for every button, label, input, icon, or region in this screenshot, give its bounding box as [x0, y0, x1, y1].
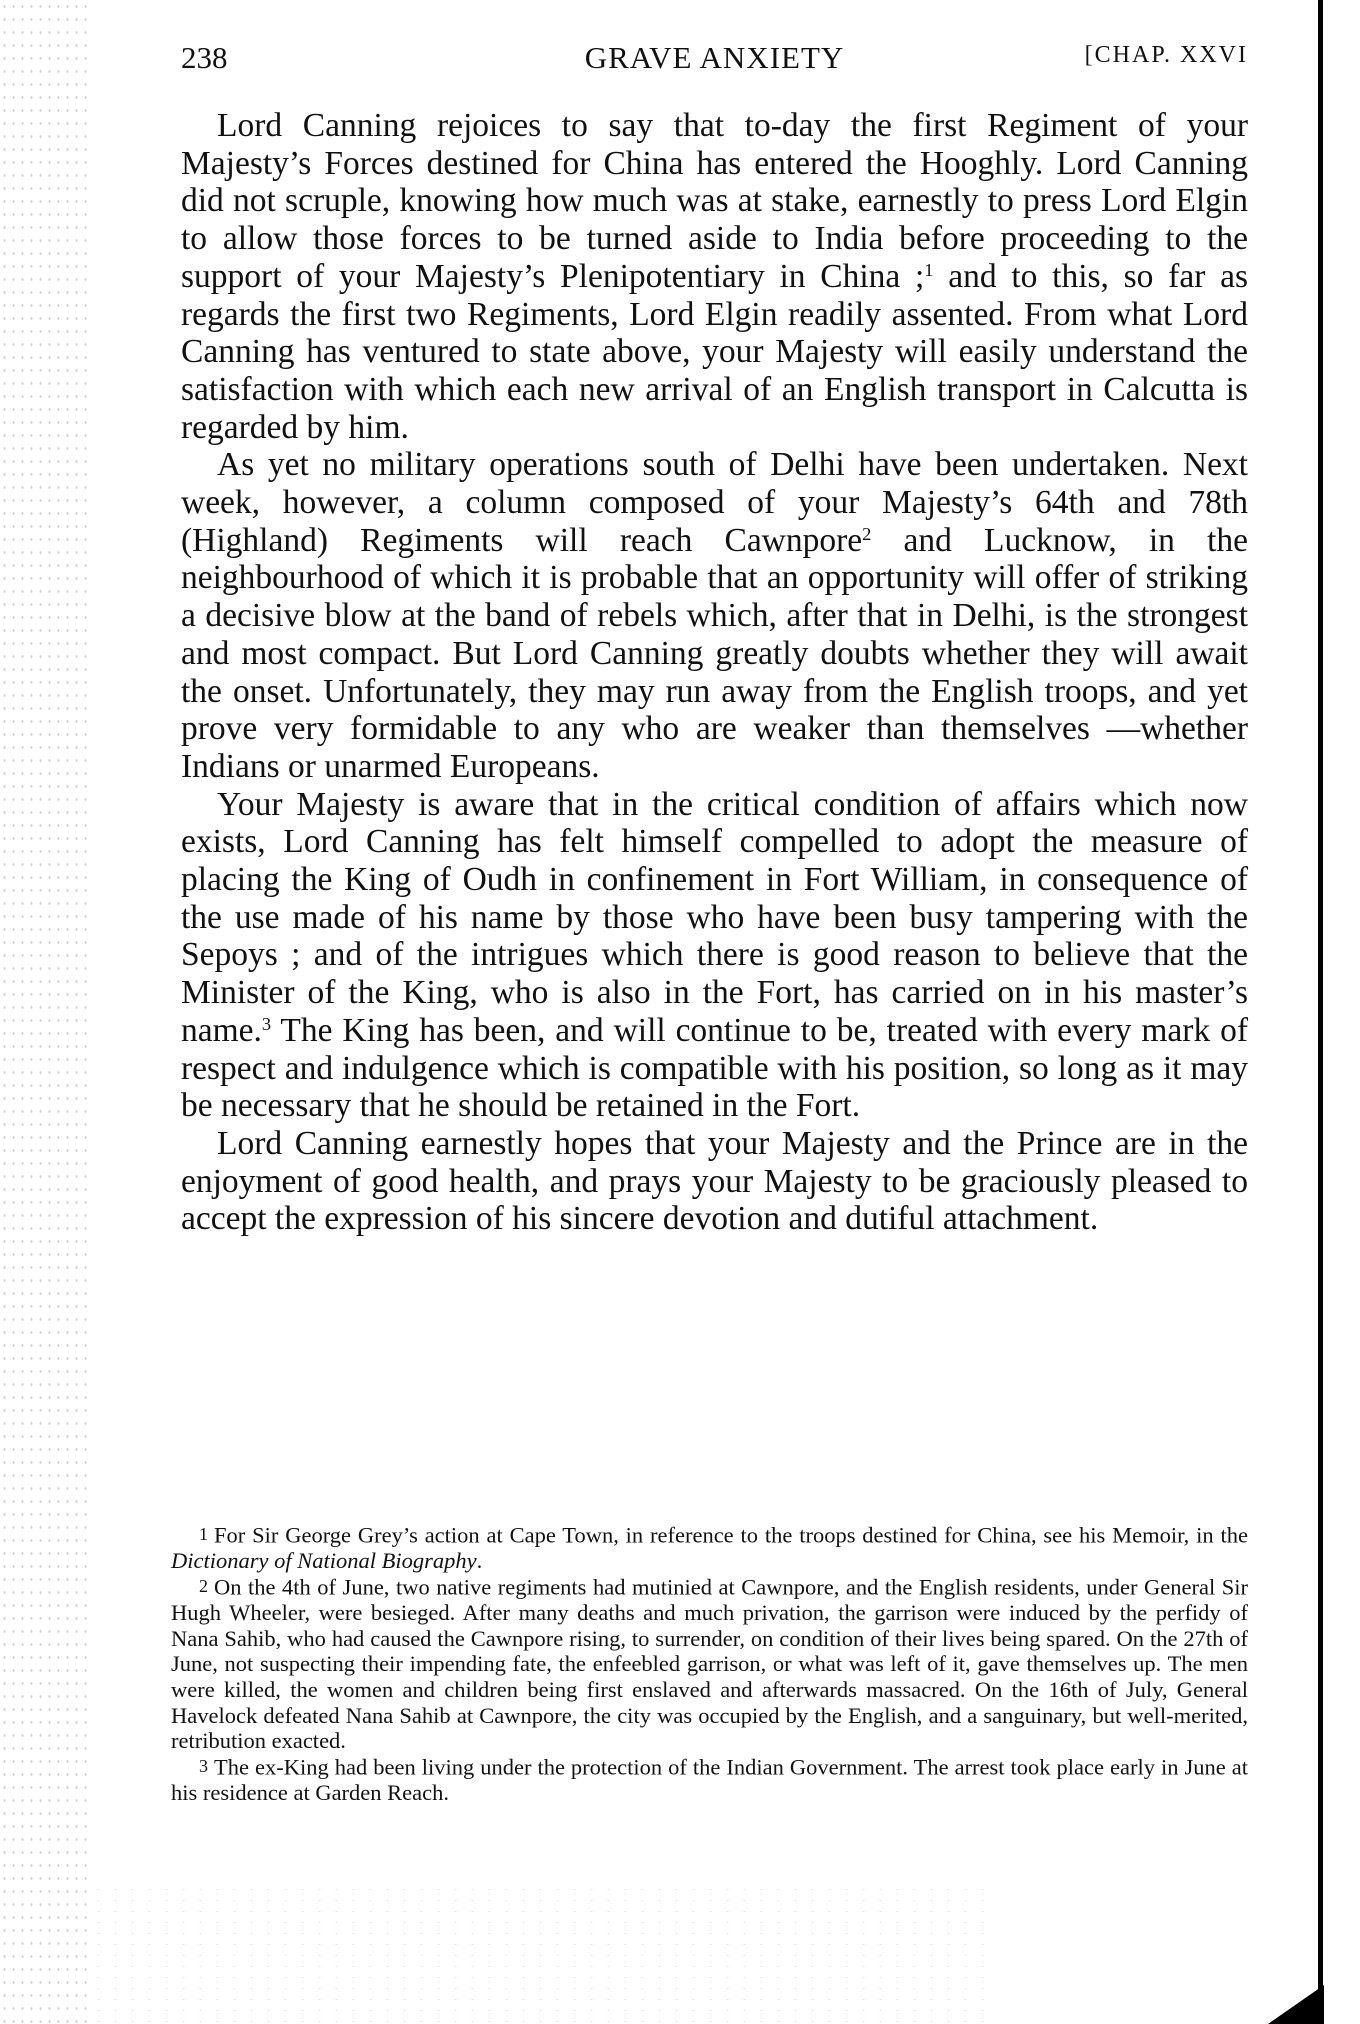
footnote-1: 1For Sir George Grey’s action at Cape To…	[171, 1522, 1248, 1574]
footnotes: 1For Sir George Grey’s action at Cape To…	[171, 1522, 1248, 1806]
scan-bottom-noise	[90, 1884, 990, 2024]
chapter-label: [CHAP. XXVI	[1085, 42, 1248, 69]
footnote-mark: 1	[199, 1524, 208, 1544]
running-header: 238 GRAVE ANXIETY [CHAP. XXVI	[181, 40, 1248, 80]
main-text: Lord Canning rejoices to say that to-day…	[181, 107, 1248, 1238]
paragraph: As yet no military operations south of D…	[181, 446, 1248, 785]
paragraph: Your Majesty is aware that in the critic…	[181, 786, 1248, 1125]
page-edge-shadow	[1268, 1985, 1324, 2024]
footnote-ref-1[interactable]: 1	[924, 260, 933, 280]
footnote-3: 3The ex-King had been living under the p…	[171, 1754, 1248, 1806]
footnote-2: 2On the 4th of June, two native regiment…	[171, 1574, 1248, 1754]
scan-margin-noise	[0, 0, 90, 2024]
footnote-ref-3[interactable]: 3	[262, 1014, 271, 1034]
footnote-ref-2[interactable]: 2	[862, 524, 871, 544]
paragraph: Lord Canning earnestly hopes that your M…	[181, 1125, 1248, 1238]
footnote-mark: 3	[199, 1756, 208, 1776]
footnote-mark: 2	[199, 1576, 208, 1596]
book-page: 238 GRAVE ANXIETY [CHAP. XXVI Lord Canni…	[0, 0, 1360, 2024]
page-edge-rule	[1318, 0, 1323, 2024]
italic-title: Dictionary of National Biography	[171, 1548, 477, 1573]
paragraph: Lord Canning rejoices to say that to-day…	[181, 107, 1248, 446]
